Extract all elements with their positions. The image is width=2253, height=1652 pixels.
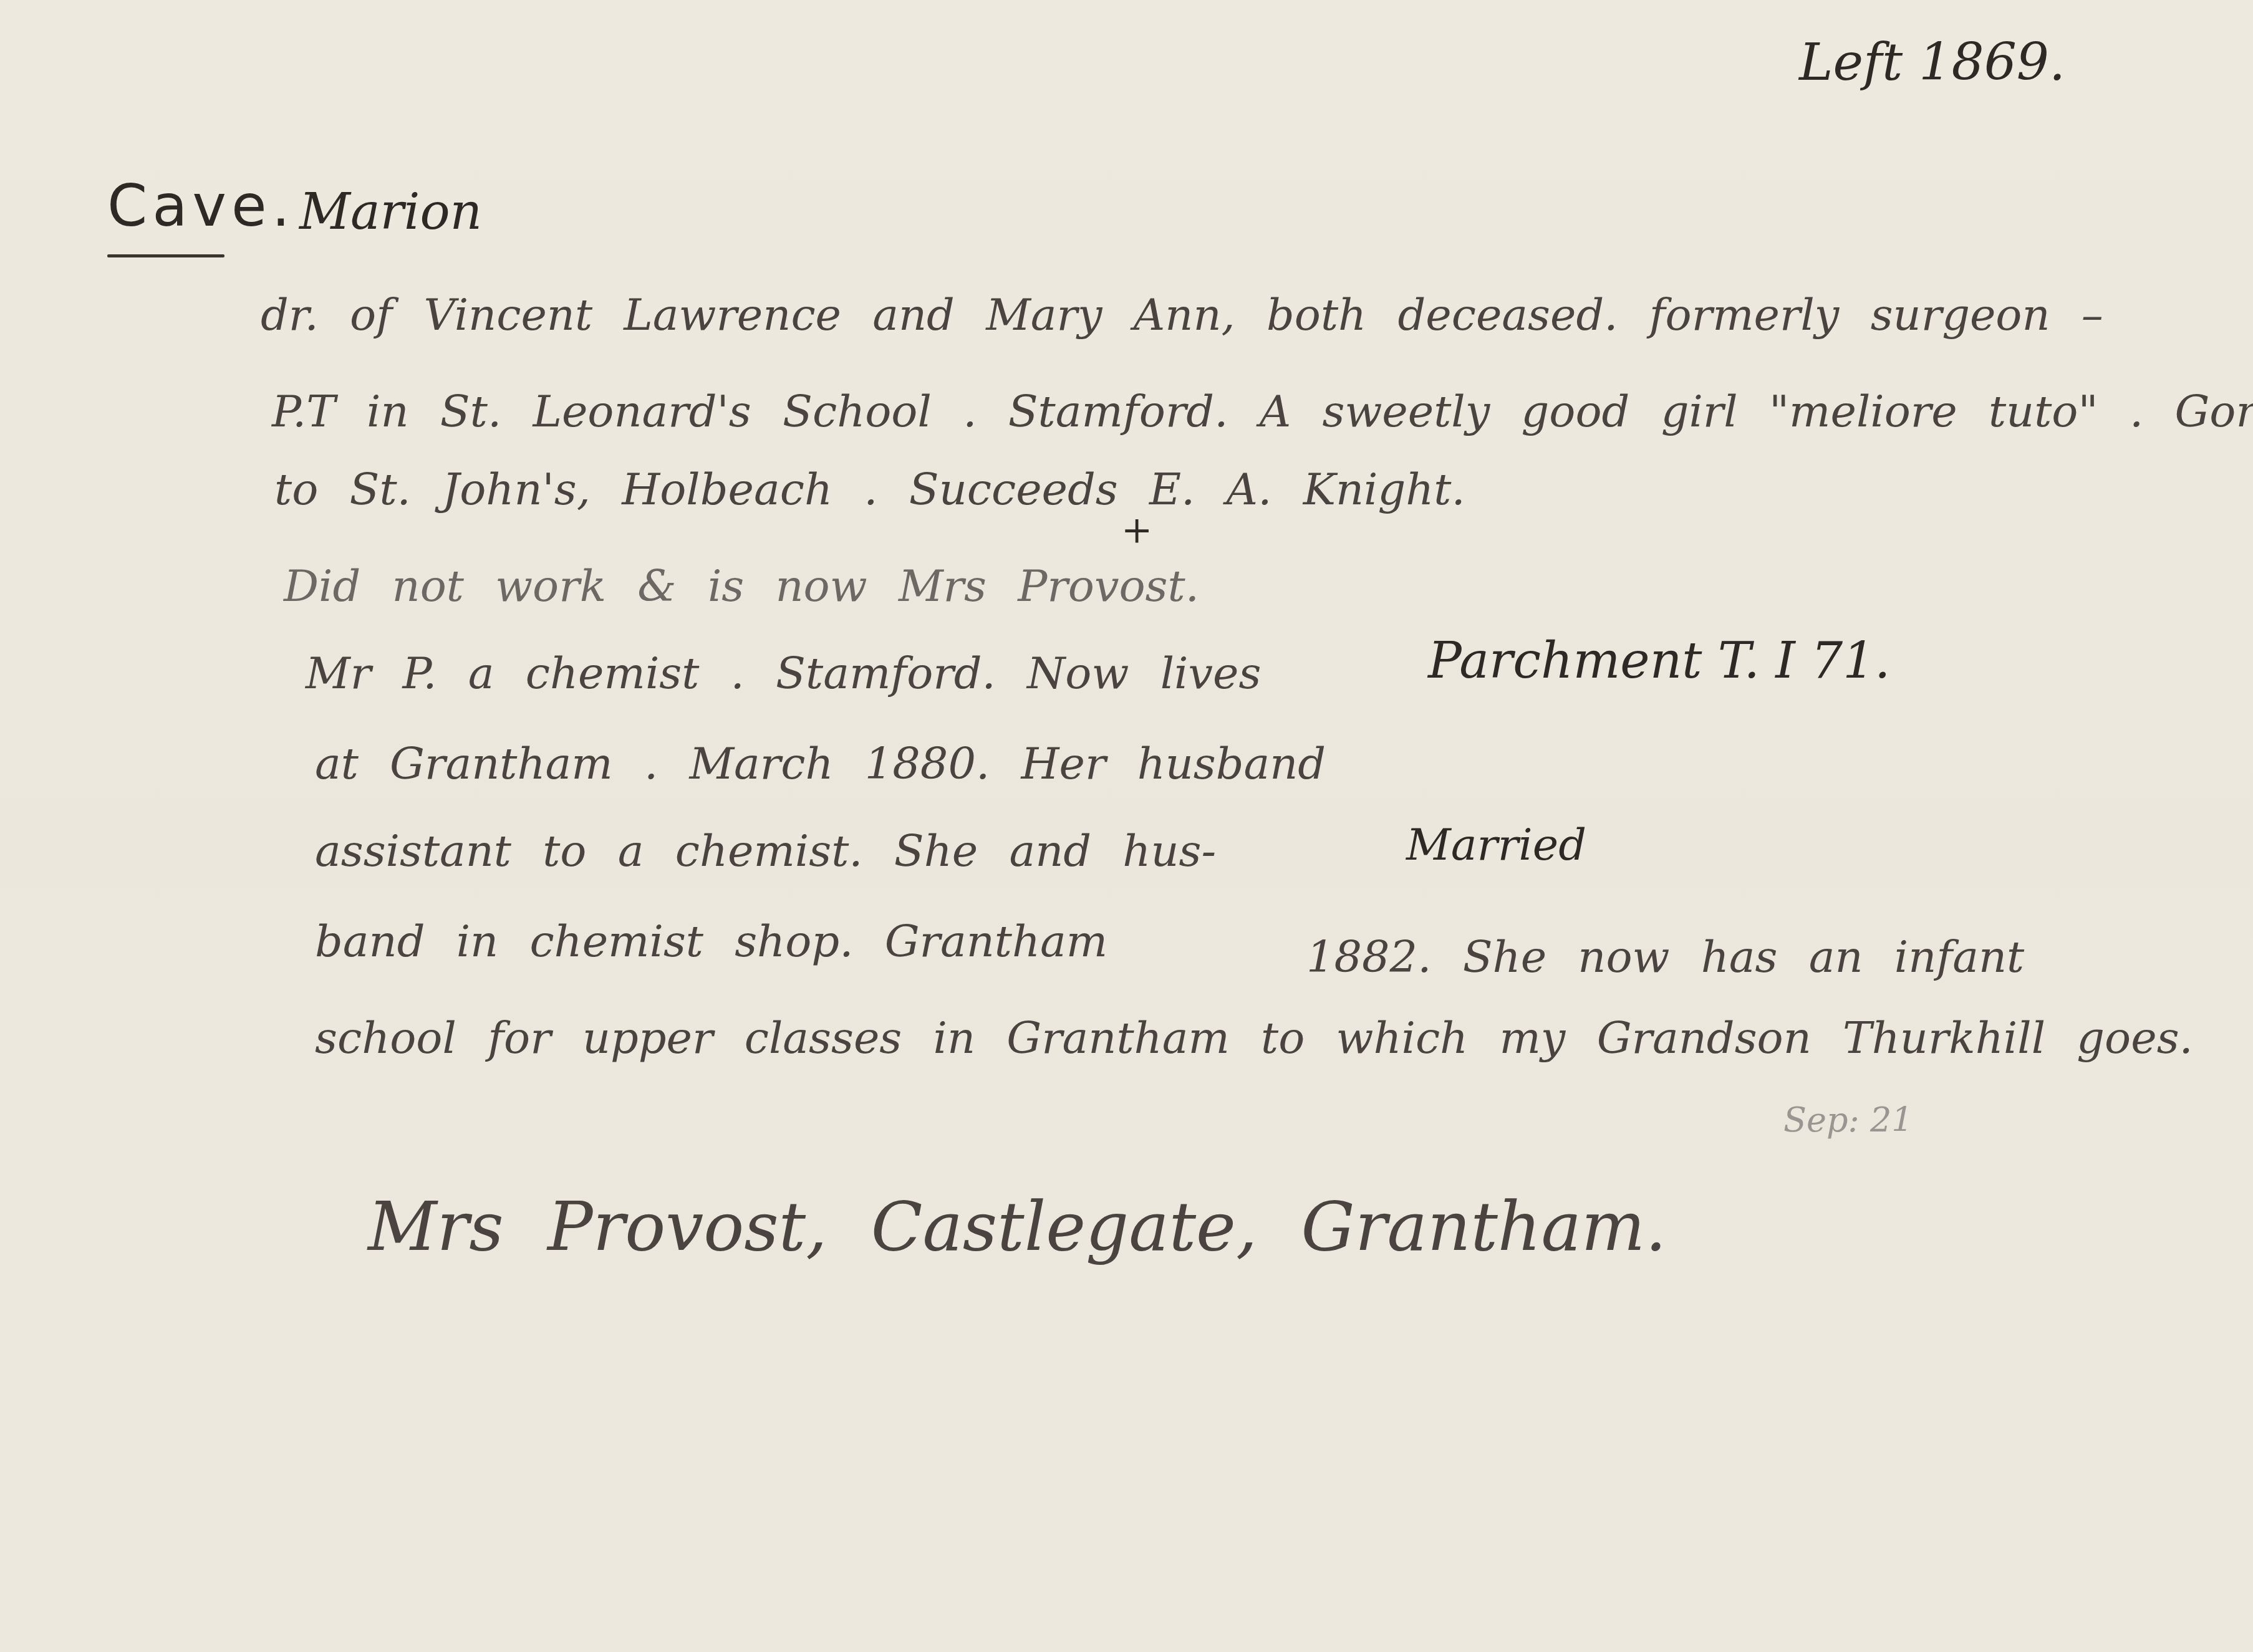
surname-underline: [107, 254, 224, 257]
married-year-note: 1882. She now has an infant: [1306, 935, 2024, 979]
parchment-note: Parchment T. I 71.: [1428, 636, 1891, 686]
body-line-8: band in chemist shop. Grantham: [315, 920, 1107, 963]
body-line-7: assistant to a chemist. She and hus-: [315, 829, 1216, 873]
insertion-mark: +: [1121, 511, 1152, 549]
body-line-2: P.T in St. Leonard's School . Stamford. …: [272, 390, 2253, 433]
body-line-5: Mr P. a chemist . Stamford. Now lives: [306, 651, 1261, 695]
entry-surname: Cave.: [107, 178, 295, 235]
body-line-3: to St. John's, Holbeach . Succeeds E. A.…: [274, 468, 1465, 511]
body-line-6: at Grantham . March 1880. Her husband: [315, 742, 1326, 785]
married-note: Married: [1406, 823, 1586, 867]
body-line-4: Did not work & is now Mrs Provost.: [284, 564, 1199, 608]
entry-forename: Marion: [299, 187, 482, 237]
manuscript-page: Left 1869. Cave. Marion dr. of Vincent L…: [0, 0, 2253, 1652]
body-line-1: dr. of Vincent Lawrence and Mary Ann, bo…: [261, 293, 2103, 337]
header-date: Left 1869.: [1799, 37, 2065, 89]
body-line-9: school for upper classes in Grantham to …: [315, 1016, 2193, 1060]
address-line: Mrs Provost, Castlegate, Grantham.: [368, 1194, 1667, 1261]
sep-note: Sep: 21: [1783, 1103, 1913, 1137]
